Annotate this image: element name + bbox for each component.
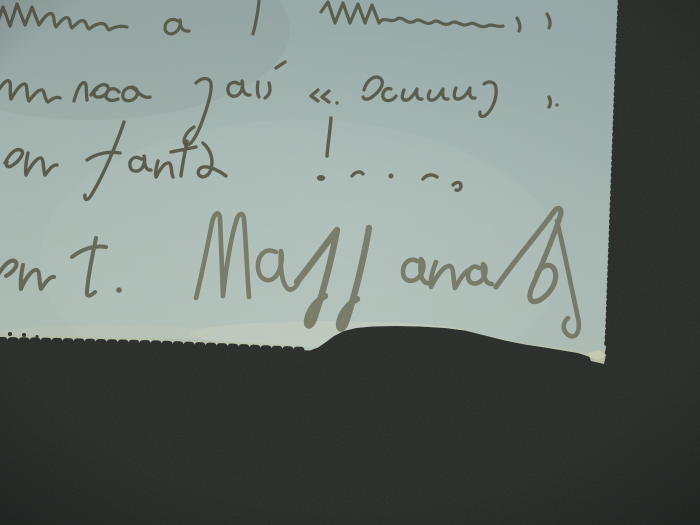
photo-canvas bbox=[0, 0, 700, 525]
letter-photograph bbox=[0, 0, 700, 525]
vignette-overlay bbox=[0, 0, 700, 525]
